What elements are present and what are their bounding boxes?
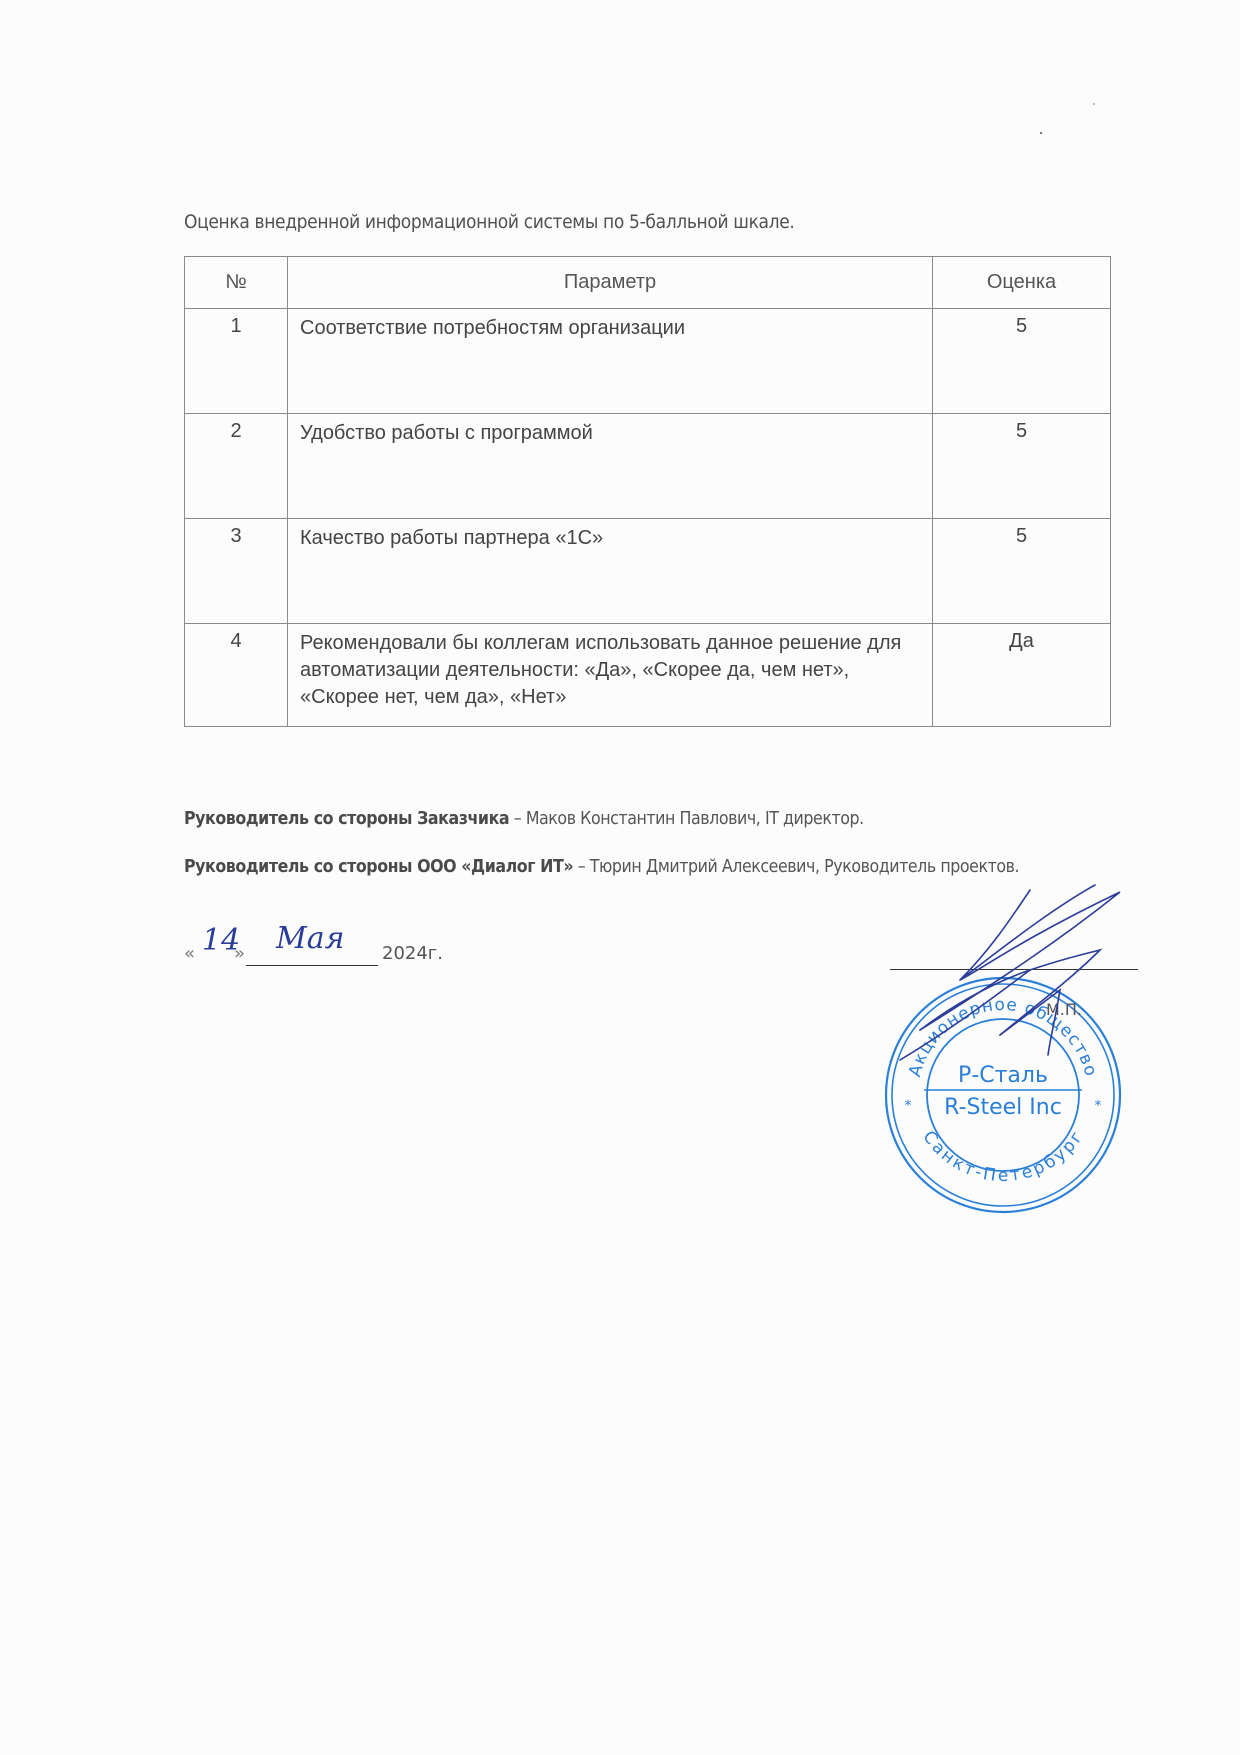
customer-label: Руководитель со стороны Заказчика [184, 808, 509, 829]
row-score: Да [933, 624, 1111, 727]
table-header-row: № Параметр Оценка [185, 257, 1111, 309]
table-row: 2 Удобство работы с программой 5 [185, 414, 1111, 519]
row-param: Качество работы партнера «1С» [288, 519, 933, 624]
stamp-name-en: R-Steel Inc [944, 1095, 1062, 1120]
table-row: 3 Качество работы партнера «1С» 5 [185, 519, 1111, 624]
date-open-quote: « [184, 943, 195, 964]
header-num: № [185, 257, 288, 309]
customer-value: – Маков Константин Павлович, IT директор… [509, 808, 864, 829]
date-year: 2024г. [382, 943, 443, 964]
intro-text: Оценка внедренной информационной системы… [184, 211, 794, 233]
svg-text:Санкт-Петербург: Санкт-Петербург [918, 1127, 1087, 1186]
row-param: Рекомендовали бы коллегам использовать д… [288, 624, 933, 727]
date-close-quote: » [234, 943, 245, 964]
handwritten-signature [880, 870, 1160, 1070]
table-row: 4 Рекомендовали бы коллегам использовать… [185, 624, 1111, 727]
svg-text:*: * [905, 1098, 912, 1114]
header-score: Оценка [933, 257, 1111, 309]
svg-text:*: * [1095, 1098, 1102, 1114]
scan-speck [1093, 103, 1095, 105]
evaluation-table: № Параметр Оценка 1 Соответствие потребн… [184, 256, 1111, 727]
table-row: 1 Соответствие потребностям организации … [185, 309, 1111, 414]
header-param: Параметр [288, 257, 933, 309]
contractor-label: Руководитель со стороны ООО «Диалог ИТ» [184, 856, 573, 877]
stamp-bottom-arc: Санкт-Петербург [918, 1127, 1087, 1186]
row-num: 4 [185, 624, 288, 727]
customer-signatory: Руководитель со стороны Заказчика – Мако… [184, 808, 864, 829]
row-score: 5 [933, 414, 1111, 519]
date-month-handwritten: Мая [276, 921, 344, 956]
date-field: « 14 » Мая 2024г. [184, 943, 195, 964]
row-num: 1 [185, 309, 288, 414]
scan-speck [1040, 132, 1042, 134]
row-num: 2 [185, 414, 288, 519]
row-score: 5 [933, 519, 1111, 624]
date-underline [246, 965, 378, 966]
row-num: 3 [185, 519, 288, 624]
row-param: Удобство работы с программой [288, 414, 933, 519]
row-score: 5 [933, 309, 1111, 414]
row-param: Соответствие потребностям организации [288, 309, 933, 414]
